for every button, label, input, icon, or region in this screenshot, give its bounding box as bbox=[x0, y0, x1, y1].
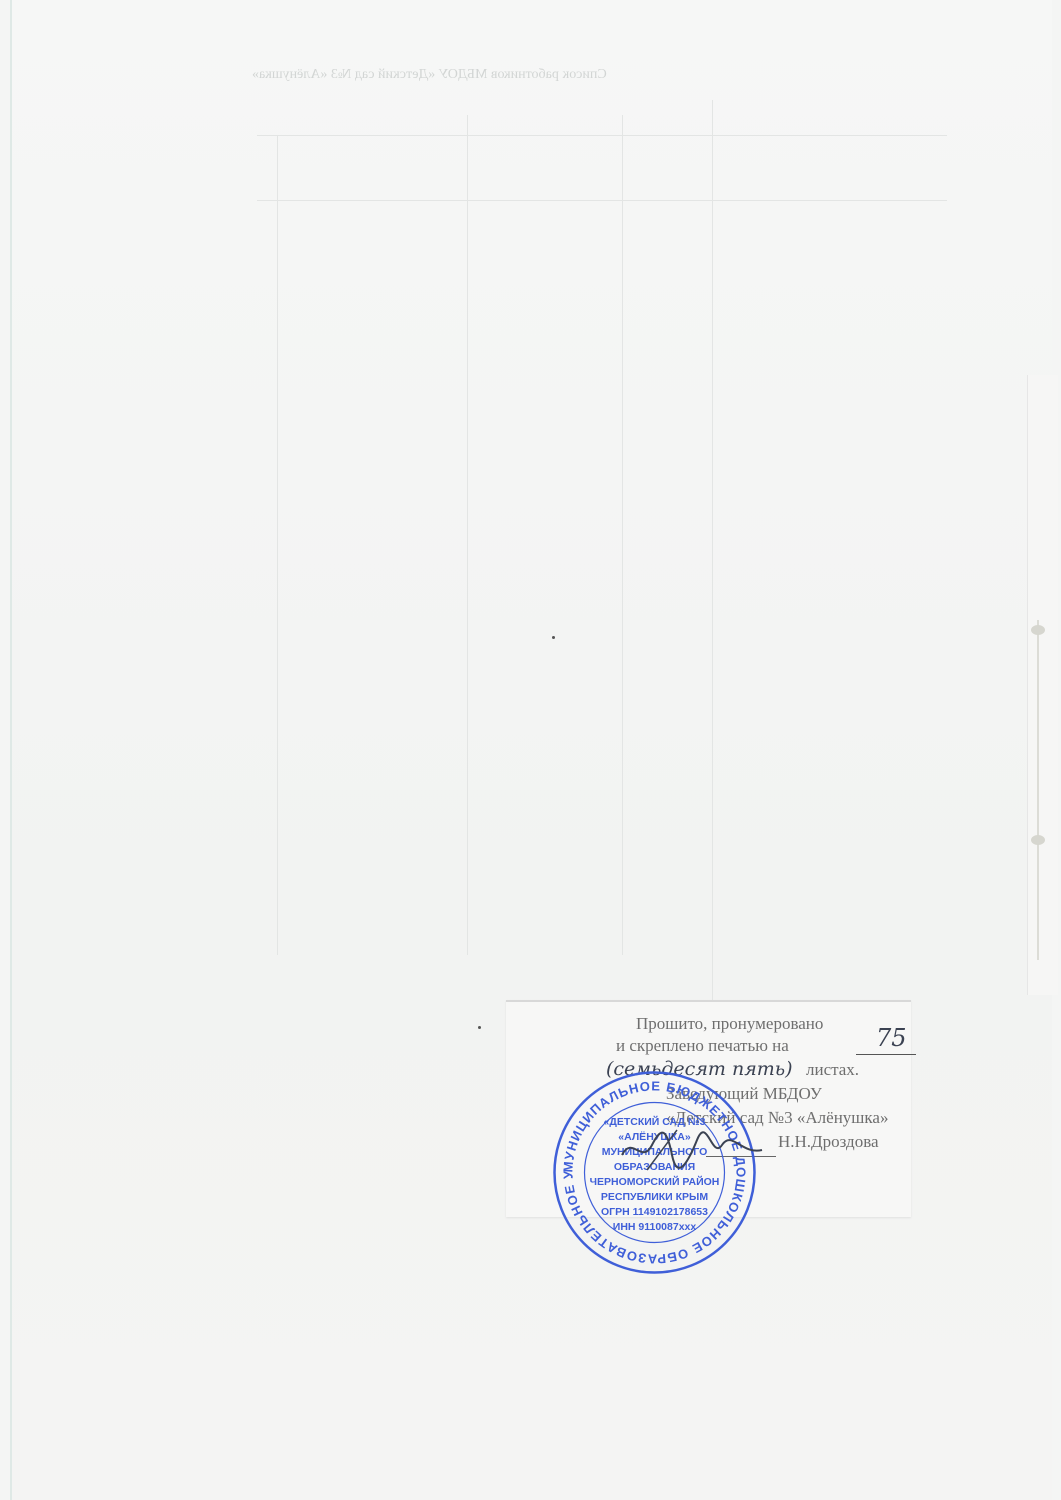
label-line-stitched: Прошито, пронумеровано bbox=[636, 1014, 823, 1034]
seal-line: ЧЕРНОМОРСКИЙ РАЙОН bbox=[552, 1175, 757, 1190]
handwritten-page-count: 75 bbox=[876, 1024, 907, 1052]
label-line-sealed: и скреплено печатью на bbox=[616, 1036, 789, 1056]
seal-line: ОГРН 1149102178653 bbox=[552, 1205, 757, 1220]
string-knot bbox=[1031, 835, 1045, 845]
bleed-through-title: Список работников МБДОУ «Детский сад №3 … bbox=[252, 66, 607, 83]
label-line-sheets: листах. bbox=[806, 1060, 859, 1080]
handwritten-signature bbox=[617, 1125, 767, 1175]
label-line-signatory: Н.Н.Дроздова bbox=[778, 1132, 879, 1152]
speck bbox=[552, 636, 555, 639]
string-knot bbox=[1031, 625, 1045, 635]
speck bbox=[478, 1026, 481, 1029]
binding-string bbox=[1037, 620, 1039, 960]
seal-line: РЕСПУБЛИКИ КРЫМ bbox=[552, 1190, 757, 1205]
document-page: Список работников МБДОУ «Детский сад №3 … bbox=[10, 0, 1052, 1500]
count-underline bbox=[856, 1054, 916, 1055]
binding-strip bbox=[1027, 375, 1058, 995]
seal-line: ИНН 9110087xxx bbox=[552, 1220, 757, 1235]
